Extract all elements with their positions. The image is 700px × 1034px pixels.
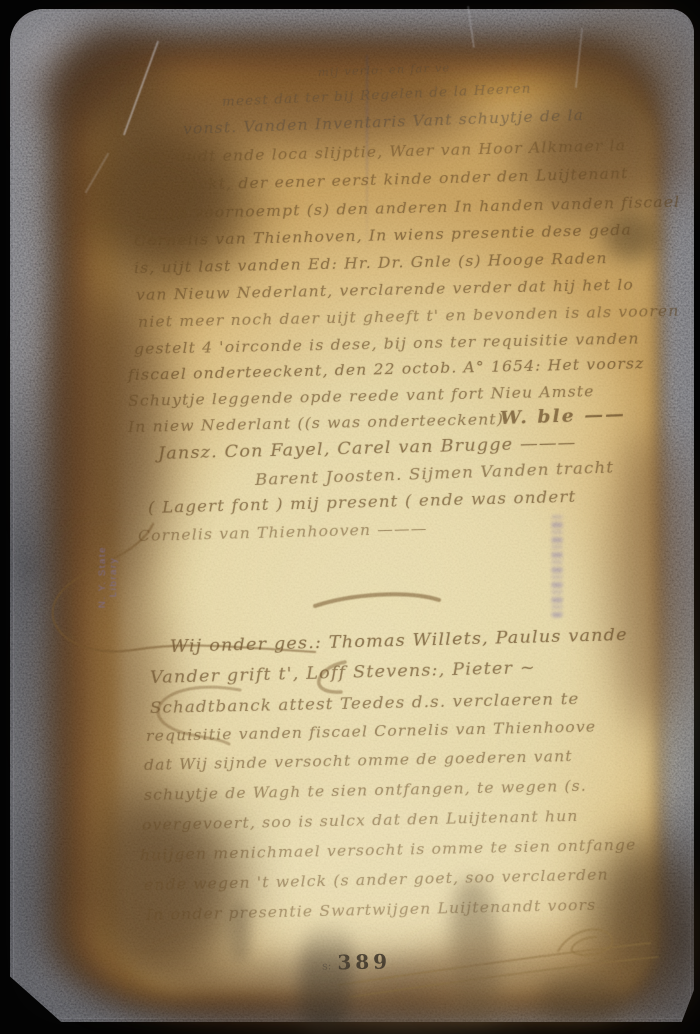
manuscript-line: In niew Nederlant ((s was onderteeckent) — [128, 410, 504, 436]
scanned-document: mij verlo: en far vemeest dat ter bij Re… — [0, 0, 700, 1034]
manuscript-line: Cornelis van Thienhoven, In wiens presen… — [134, 221, 632, 250]
library-stamp: N. Y. State Library — [97, 525, 119, 629]
manuscript-line: dat Wij sijnde versocht omme de goederen… — [144, 747, 573, 774]
manuscript-line: gemaeckt, der eener eerst kinde onder de… — [140, 164, 629, 195]
manuscript-line: Jansz. Con Fayel, Carel van Brugge ——— — [158, 433, 577, 464]
manuscript-line: is, uijt last vanden Ed: Hr. Dr. Gnle (s… — [134, 249, 608, 277]
manuscript-line: ende wegen 't welck (s ander goet, soo v… — [144, 865, 609, 894]
manuscript-line: fiscael onderteeckent, den 22 octob. A° … — [128, 354, 645, 384]
stain — [420, 930, 640, 1020]
manuscript-line: schuytje de Wagh te sien ontfangen, te w… — [144, 777, 587, 804]
manuscript-line: W. ble —— — [500, 404, 627, 429]
manuscript-line: niet meer noch daer uijt gheeft t' en be… — [138, 302, 680, 331]
manuscript-line: Leigh voornoempt (s) den anderen In hand… — [138, 193, 681, 223]
manuscript-line: overgevoert, soo is sulcx dat den Luijte… — [142, 807, 579, 834]
manuscript-line: mij verlo: en far ve — [318, 61, 451, 79]
manuscript-line: Schuytje leggende opde reede vant fort N… — [128, 382, 595, 410]
manuscript-line: huijgen menichmael versocht is omme te s… — [140, 836, 637, 864]
ink-smudge — [230, 902, 250, 962]
manuscript-line: Barent Joosten. Sijmen Vanden tracht — [255, 457, 615, 489]
faint-date-stamp-icon — [552, 514, 563, 618]
calligraphic-flourish — [15, 510, 455, 750]
manuscript-line: gestelt 4 'oirconde is dese, bij ons ter… — [134, 329, 640, 358]
manuscript-line: meest dat ter bij Regelen de la Heeren — [222, 81, 532, 110]
manuscript-line: vonst. Vanden Inventaris Vant schuytje d… — [183, 106, 585, 138]
manuscript-line: der oudt ende loca slijptie, Waer van Ho… — [140, 136, 627, 167]
manuscript-line: van Nieuw Nederlant, verclarende verder … — [136, 276, 634, 304]
